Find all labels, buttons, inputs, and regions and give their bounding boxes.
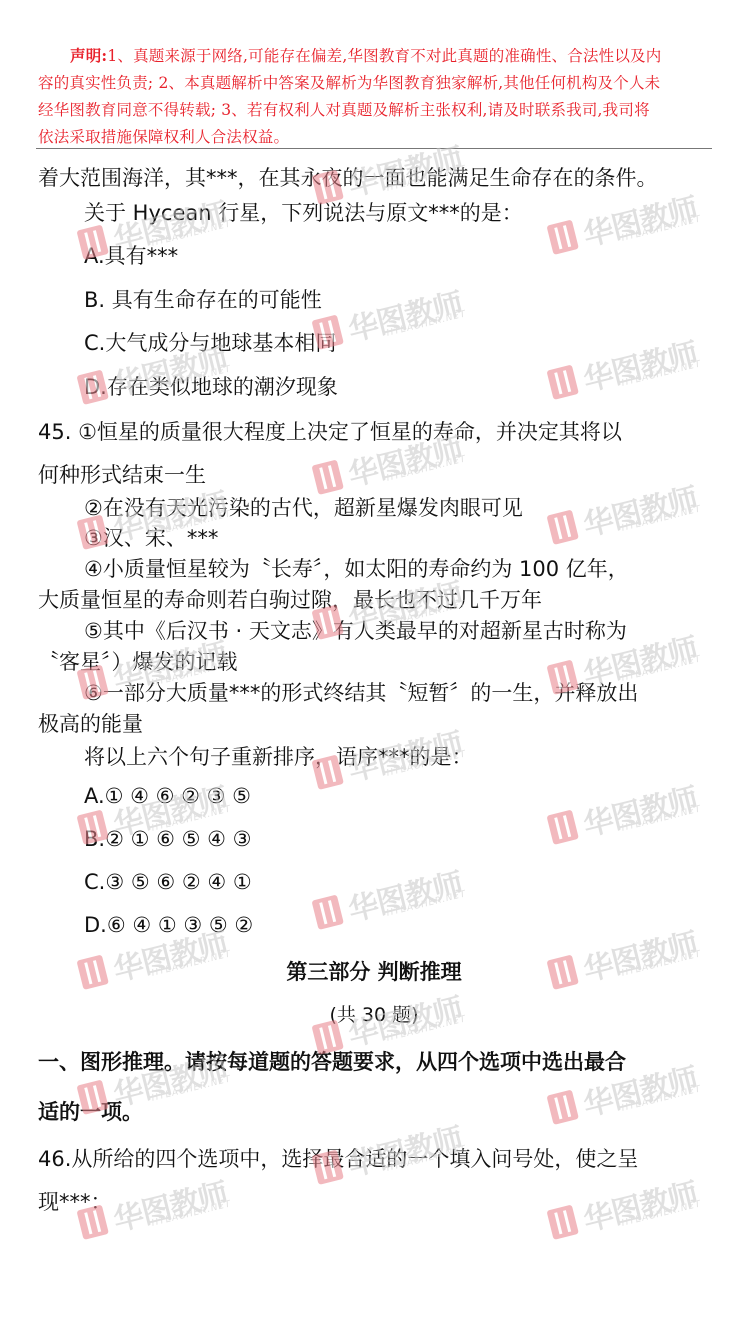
q45-sentence-4: ④小质量恒星较为〝长寿〞，如太阳的寿命约为 100 亿年，: [84, 553, 629, 583]
watermark-logo-icon: [546, 220, 578, 255]
watermark-logo-icon: [546, 1090, 578, 1125]
notice-line-4: 依法采取措施保障权利人合法权益。: [38, 124, 710, 151]
q45-option-a[interactable]: A.① ④ ⑥ ② ③ ⑤: [84, 784, 251, 808]
q45-sentence-1-cont: 何种形式结束一生: [38, 459, 206, 489]
section-title: 第三部分 判断推理: [0, 956, 748, 986]
watermark-logo-icon: [546, 365, 578, 400]
q44-passage-end: 着大范围海洋，其***，在其永夜的一面也能满足生命存在的条件。: [38, 162, 658, 192]
q45-sentence-6: ⑥一部分大质量***的形式终结其〝短暂〞的一生，并释放出: [84, 677, 638, 707]
disclaimer-notice: 声明:1、真题来源于网络,可能存在偏差,华图教育不对此真题的准确性、合法性以及内…: [38, 42, 710, 151]
q45-option-d[interactable]: D.⑥ ④ ① ③ ⑤ ②: [84, 913, 253, 937]
section-question-count: (共 30 题): [0, 1000, 748, 1027]
q46-stem-cont: 现***：: [38, 1186, 112, 1216]
section-instruction: 一、图形推理。请按每道题的答题要求，从四个选项中选出最合: [38, 1046, 626, 1076]
q45-sentence-5: ⑤其中《后汉书 · 天文志》有人类最早的对超新星古时称为: [84, 615, 627, 645]
q45-sentence-2: ②在没有天光污染的古代，超新星爆发肉眼可见: [84, 492, 523, 522]
q45-sentence-3: ③汉、宋、***: [84, 522, 218, 552]
q45-option-b[interactable]: B.② ① ⑥ ⑤ ④ ③: [84, 827, 251, 851]
watermark-logo-icon: [311, 460, 343, 495]
q44-stem: 关于 Hycean 行星，下列说法与原文***的是：: [84, 197, 523, 227]
q44-option-c[interactable]: C.大气成分与地球基本相同: [84, 327, 336, 357]
notice-line-2: 容的真实性负责; 2、本真题解析中答案及解析为华图教育独家解析,其他任何机构及个…: [38, 70, 710, 97]
q46-stem: 46.从所给的四个选项中，选择最合适的一个填入问号处，使之呈: [38, 1143, 638, 1173]
watermark-logo-icon: [546, 510, 578, 545]
watermark-logo-icon: [546, 810, 578, 845]
q44-option-a[interactable]: A.具有***: [84, 240, 178, 270]
q45-option-c[interactable]: C.③ ⑤ ⑥ ② ④ ①: [84, 870, 252, 894]
watermark-logo-icon: [311, 895, 343, 930]
q45-sentence-1: 45. ①恒星的质量很大程度上决定了恒星的寿命，并决定其将以: [38, 416, 622, 446]
q45-sentence-6-cont: 极高的能量: [38, 708, 143, 738]
notice-line-3: 经华图教育同意不得转载; 3、若有权利人对真题及解析主张权利,请及时联系我司,我…: [38, 97, 710, 124]
q44-option-d[interactable]: D.存在类似地球的潮汐现象: [84, 371, 338, 401]
header-divider: [36, 148, 712, 149]
watermark-logo-icon: [546, 1205, 578, 1240]
q45-sentence-5-cont: 〝客星〞）爆发的记载: [38, 646, 238, 676]
q44-option-b[interactable]: B. 具有生命存在的可能性: [84, 284, 322, 314]
notice-line-1: 声明:1、真题来源于网络,可能存在偏差,华图教育不对此真题的准确性、合法性以及内: [38, 42, 710, 70]
section-instruction-cont: 适的一项。: [38, 1096, 143, 1126]
q45-stem: 将以上六个句子重新排序，语序***的是：: [84, 741, 473, 771]
notice-label: 声明:: [70, 46, 107, 65]
q45-sentence-4-cont: 大质量恒星的寿命则若白驹过隙，最长也不过几千万年: [38, 584, 542, 614]
